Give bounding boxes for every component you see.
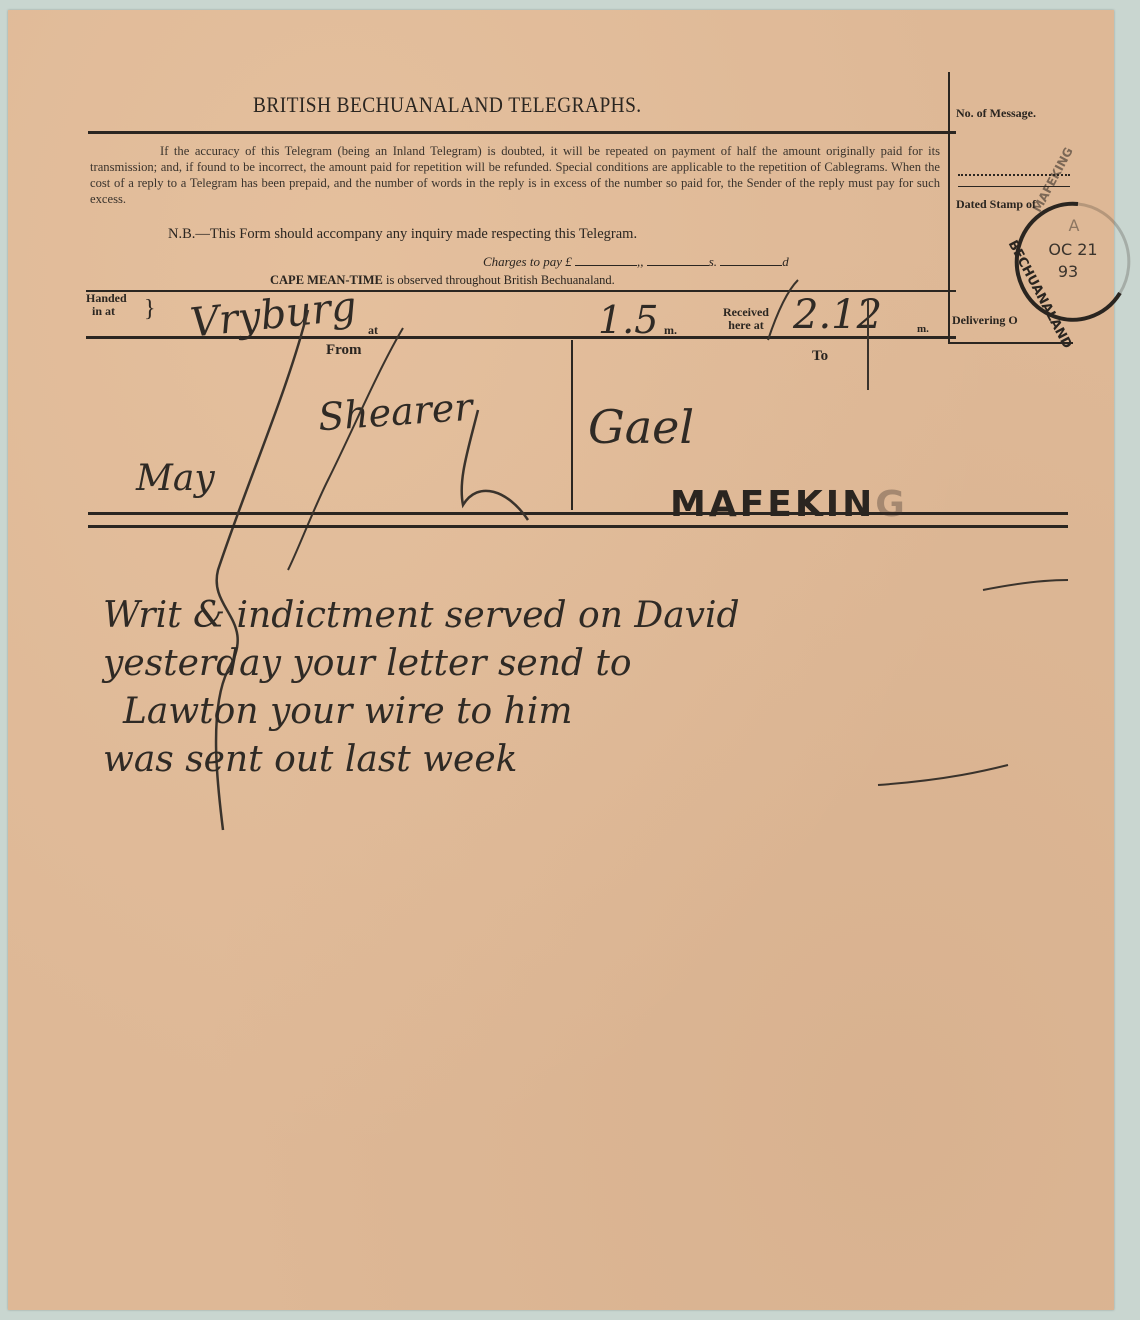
telegram-form: BRITISH BECHUANALAND TELEGRAPHS. If the … [8, 10, 1114, 1310]
office-stamp-mafeking: MAFEKING [670, 484, 908, 525]
message-line: Lawton your wire to him [103, 688, 740, 736]
message-body: Writ & indictment served on David yester… [103, 592, 740, 784]
message-line: yesterday your letter send to [103, 640, 740, 688]
message-line: Writ & indictment served on David [103, 592, 740, 640]
office-stamp-text: MAFEKIN [670, 484, 875, 525]
message-line: was sent out last week [103, 736, 740, 784]
message-top-rule [88, 525, 1068, 528]
office-stamp-faded-letter: G [875, 484, 908, 525]
